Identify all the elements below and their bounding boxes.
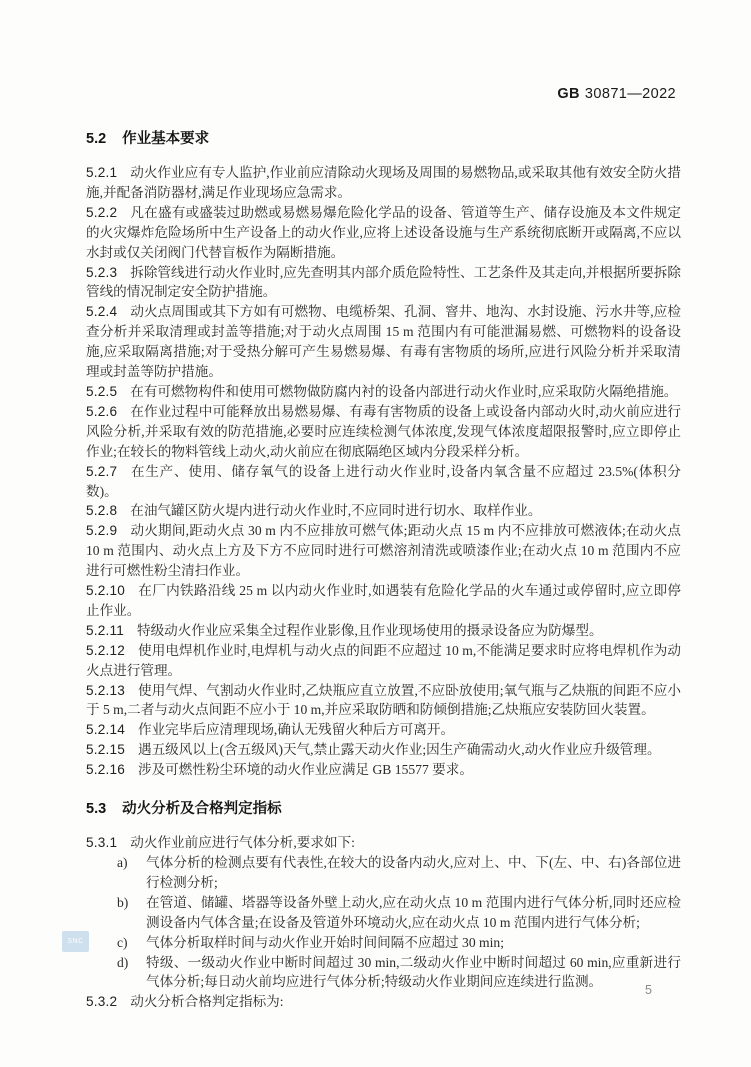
clause-number: 5.2.4 [86,304,117,319]
list-item-b: b) 在管道、储罐、塔器等设备外壁上动火,应在动火点 10 m 范围内进行气体分… [86,893,681,933]
standard-number: 30871—2022 [585,86,676,102]
clause-text: 拆除管线进行动火作业时,应先查明其内部介质危险特性、工艺条件及其走向,并根据所要… [86,265,681,300]
clause-number: 5.2.16 [86,762,125,777]
standard-label: GB [557,86,580,102]
clause-5-2-1: 5.2.1动火作业应有专人监护,作业前应清除动火现场及周围的易燃物品,或采取其他… [86,163,681,203]
section-title: 作业基本要求 [122,131,209,147]
clause-5-2-13: 5.2.13使用气焊、气割动火作业时,乙炔瓶应直立放置,不应卧放使用;氧气瓶与乙… [86,681,681,721]
list-item-text: 在管道、储罐、塔器等设备外壁上动火,应在动火点 10 m 范围内进行气体分析,同… [146,893,681,933]
clause-text: 特级动火作业应采集全过程作业影像,且作业现场使用的摄录设备应为防爆型。 [137,623,603,638]
clause-5-2-8: 5.2.8在油气罐区防火堤内进行动火作业时,不应同时进行切水、取样作业。 [86,501,681,521]
clause-text: 动火作业前应进行气体分析,要求如下: [130,835,355,850]
clause-number: 5.2.10 [86,583,125,598]
list-item-c: c) 气体分析取样时间与动火作业开始时间间隔不应超过 30 min; [86,933,681,953]
clause-text: 动火点周围或其下方如有可燃物、电缆桥架、孔洞、窨井、地沟、水封设施、污水井等,应… [86,304,681,379]
section-number: 5.2 [86,131,106,147]
list-item-label: c) [117,933,146,953]
clause-5-2-6: 5.2.6在作业过程中可能释放出易燃易爆、有毒有害物质的设备上或设备内部动火时,… [86,402,681,462]
clause-text: 遇五级风以上(含五级风)天气,禁止露天动火作业;因生产确需动火,动火作业应升级管… [138,742,661,757]
clause-number: 5.2.14 [86,722,125,737]
section-5-2-heading: 5.2作业基本要求 [86,127,681,148]
clause-number: 5.2.11 [86,623,124,638]
clause-number: 5.2.1 [86,165,117,180]
watermark-logo: SNC [62,931,89,952]
clause-number: 5.3.2 [86,994,117,1009]
clause-text: 凡在盛有或盛装过助燃或易燃易爆危险化学品的设备、管道等生产、储存设施及本文件规定… [86,205,681,260]
list-item-label: b) [117,893,146,933]
page-content: 5.2作业基本要求 5.2.1动火作业应有专人监护,作业前应清除动火现场及周围的… [86,127,681,1012]
clause-number: 5.2.7 [86,464,117,479]
clause-5-2-10: 5.2.10在厂内铁路沿线 25 m 以内动火作业时,如遇装有危险化学品的火车通… [86,581,681,621]
clause-number: 5.2.3 [86,265,117,280]
clause-5-2-2: 5.2.2凡在盛有或盛装过助燃或易燃易爆危险化学品的设备、管道等生产、储存设施及… [86,203,681,263]
page-number: 5 [645,983,652,997]
list-item-label: d) [117,953,146,993]
clause-text: 动火分析合格判定指标为: [130,994,283,1009]
clause-text: 使用气焊、气割动火作业时,乙炔瓶应直立放置,不应卧放使用;氧气瓶与乙炔瓶的间距不… [86,683,681,718]
clause-5-3-2: 5.3.2动火分析合格判定指标为: [86,992,681,1012]
clause-text: 动火期间,距动火点 30 m 内不应排放可燃气体;距动火点 15 m 内不应排放… [86,523,681,578]
section-number: 5.3 [86,801,106,817]
clause-5-2-11: 5.2.11特级动火作业应采集全过程作业影像,且作业现场使用的摄录设备应为防爆型… [86,621,681,641]
clause-5-2-16: 5.2.16涉及可燃性粉尘环境的动火作业应满足 GB 15577 要求。 [86,760,681,780]
clause-number: 5.2.12 [86,643,125,658]
clause-5-3-1-list: a) 气体分析的检测点要有代表性,在较大的设备内动火,应对上、中、下(左、中、右… [86,853,681,992]
standard-header: GB30871—2022 [0,86,676,102]
list-item-a: a) 气体分析的检测点要有代表性,在较大的设备内动火,应对上、中、下(左、中、右… [86,853,681,893]
clause-text: 作业完毕后应清理现场,确认无残留火种后方可离开。 [138,722,454,737]
section-5-3-heading: 5.3动火分析及合格判定指标 [86,797,681,818]
clause-number: 5.2.2 [86,205,117,220]
clause-5-2-5: 5.2.5在有可燃物构件和使用可燃物做防腐内衬的设备内部进行动火作业时,应采取防… [86,382,681,402]
clause-5-3-1: 5.3.1动火作业前应进行气体分析,要求如下: [86,833,681,853]
clause-5-2-4: 5.2.4动火点周围或其下方如有可燃物、电缆桥架、孔洞、窨井、地沟、水封设施、污… [86,302,681,382]
clause-5-2-9: 5.2.9动火期间,距动火点 30 m 内不应排放可燃气体;距动火点 15 m … [86,521,681,581]
clause-text: 在厂内铁路沿线 25 m 以内动火作业时,如遇装有危险化学品的火车通过或停留时,… [86,583,681,618]
section-title: 动火分析及合格判定指标 [122,801,282,817]
clause-5-2-7: 5.2.7在生产、使用、储存氧气的设备上进行动火作业时,设备内氧含量不应超过 2… [86,462,681,502]
clause-number: 5.2.13 [86,683,125,698]
clause-text: 在生产、使用、储存氧气的设备上进行动火作业时,设备内氧含量不应超过 23.5%(… [86,464,681,499]
list-item-text: 气体分析取样时间与动火作业开始时间间隔不应超过 30 min; [146,933,681,953]
clause-5-2-3: 5.2.3拆除管线进行动火作业时,应先查明其内部介质危险特性、工艺条件及其走向,… [86,263,681,303]
clause-number: 5.2.8 [86,503,117,518]
clause-5-2-15: 5.2.15遇五级风以上(含五级风)天气,禁止露天动火作业;因生产确需动火,动火… [86,740,681,760]
clause-number: 5.2.6 [86,404,117,419]
clause-number: 5.2.5 [86,384,117,399]
clause-text: 在作业过程中可能释放出易燃易爆、有毒有害物质的设备上或设备内部动火时,动火前应进… [86,404,681,459]
clause-text: 在有可燃物构件和使用可燃物做防腐内衬的设备内部进行动火作业时,应采取防火隔绝措施… [130,384,677,399]
clause-5-2-14: 5.2.14作业完毕后应清理现场,确认无残留火种后方可离开。 [86,720,681,740]
clause-text: 动火作业应有专人监护,作业前应清除动火现场及周围的易燃物品,或采取其他有效安全防… [86,165,681,200]
clause-5-2-12: 5.2.12使用电焊机作业时,电焊机与动火点的间距不应超过 10 m,不能满足要… [86,641,681,681]
clause-text: 涉及可燃性粉尘环境的动火作业应满足 GB 15577 要求。 [138,762,473,777]
document-page: GB30871—2022 5.2作业基本要求 5.2.1动火作业应有专人监护,作… [0,0,751,1067]
clause-number: 5.3.1 [86,835,117,850]
clause-text: 使用电焊机作业时,电焊机与动火点的间距不应超过 10 m,不能满足要求时应将电焊… [86,643,681,678]
list-item-d: d) 特级、一级动火作业中断时间超过 30 min,二级动火作业中断时间超过 6… [86,953,681,993]
clause-text: 在油气罐区防火堤内进行动火作业时,不应同时进行切水、取样作业。 [130,503,541,518]
clause-number: 5.2.15 [86,742,125,757]
clause-number: 5.2.9 [86,523,117,538]
list-item-text: 特级、一级动火作业中断时间超过 30 min,二级动火作业中断时间超过 60 m… [146,953,681,993]
list-item-label: a) [117,853,146,893]
list-item-text: 气体分析的检测点要有代表性,在较大的设备内动火,应对上、中、下(左、中、右)各部… [146,853,681,893]
